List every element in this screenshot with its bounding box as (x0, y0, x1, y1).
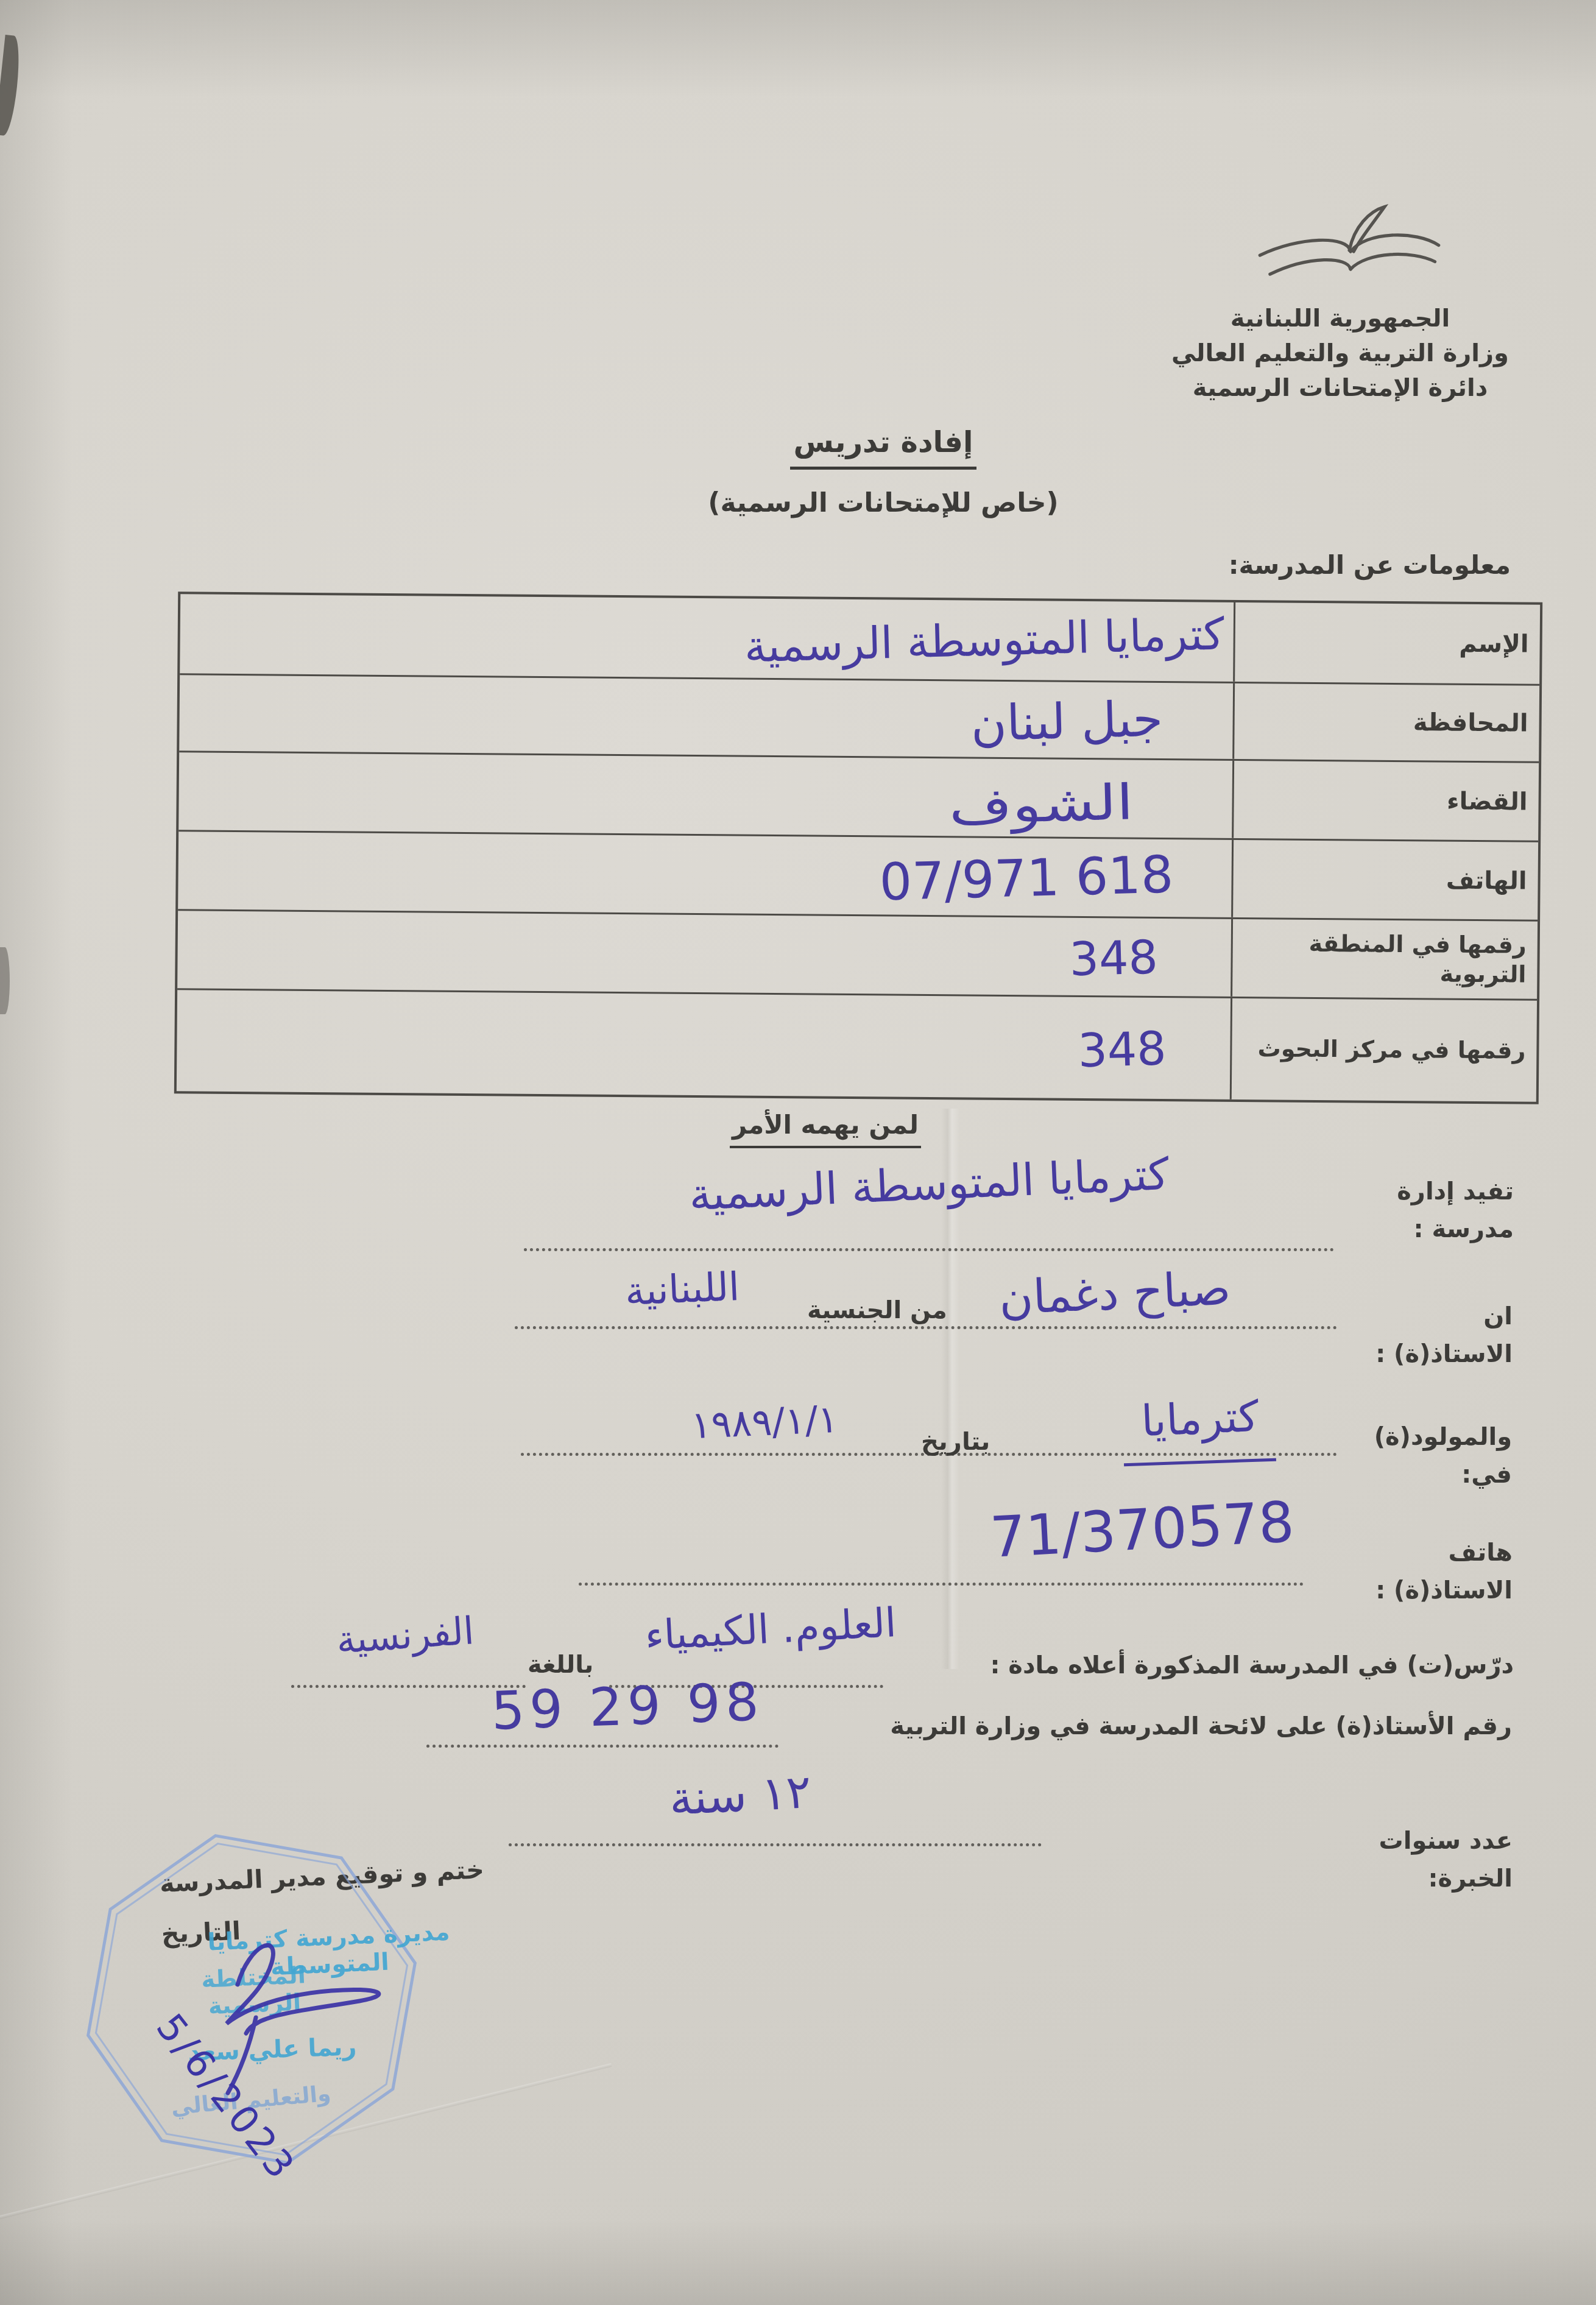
line3-date-label: بتاريخ (921, 1428, 990, 1456)
ministry-header: الجمهورية اللبنانية وزارة التربية والتعل… (1157, 302, 1523, 406)
line3-label: والمولود(ة) في: (1378, 1418, 1512, 1494)
table-row: الإسم كترمايا المتوسطة الرسمية (180, 594, 1540, 684)
row-label-phone: الهاتف (1231, 840, 1538, 920)
to-whom-heading: لمن يهمه الأمر (730, 1110, 921, 1148)
row-label-name: الإسم (1233, 602, 1540, 684)
line7-dotted-line (509, 1843, 1042, 1846)
header-republic: الجمهورية اللبنانية (1157, 302, 1523, 336)
line1-dotted-line (524, 1248, 1334, 1251)
row-value-governorate: جبل لبنان (179, 675, 1233, 759)
row-label-zone-number: رقمها في المنطقة التربوية (1231, 919, 1538, 999)
row-label-district: القضاء (1232, 761, 1539, 841)
line6-dotted-line (426, 1745, 779, 1748)
document-title: إفادة تدريس (790, 425, 977, 470)
school-info-heading: معلومات عن المدرسة: (1229, 550, 1511, 580)
row-value-district: الشوف (178, 752, 1232, 838)
line2-label: ان الاستاذ(ة) : (1369, 1297, 1513, 1373)
line4-label: هاتف الاستاذ(ة) : (1369, 1534, 1513, 1609)
row-value-research-number: 348 (177, 990, 1231, 1100)
document-subtitle: (خاص للإمتحانات الرسمية) (658, 487, 1109, 518)
photo-shadow-top (0, 0, 1596, 97)
row-value-phone: 07/971 618 (178, 831, 1232, 917)
table-row: رقمها في مركز البحوث 348 (177, 988, 1537, 1102)
line5-language-label: باللغة (528, 1651, 593, 1679)
table-row: الهاتف 07/971 618 (178, 830, 1538, 920)
line6-registration-number-handwriting: 98 29 59 (453, 1670, 802, 1743)
table-row: المحافظة جبل لبنان (179, 673, 1539, 761)
line7-label: عدد سنوات الخبرة: (1339, 1822, 1513, 1897)
line1-label: تفيد إدارة مدرسة : (1368, 1173, 1514, 1248)
row-label-governorate: المحافظة (1232, 683, 1539, 761)
school-info-table: الإسم كترمايا المتوسطة الرسمية المحافظة … (174, 591, 1542, 1104)
line4-dotted-line (579, 1583, 1304, 1586)
row-value-zone-number: 348 (177, 911, 1231, 997)
line5-label: درّس(ت) في المدرسة المذكورة أعلاه مادة : (883, 1647, 1514, 1684)
row-value-name: كترمايا المتوسطة الرسمية (180, 594, 1234, 682)
scanned-teaching-certificate-photo: { "colors":{"ink_blue":"#463b9f","stamp_… (0, 0, 1596, 2305)
table-row: رقمها في المنطقة التربوية 348 (177, 909, 1538, 999)
line2-nationality-label: من الجنسية (807, 1296, 947, 1324)
binder-mark-left (0, 947, 10, 1014)
photo-shadow-bottom (0, 2220, 1596, 2305)
table-row: القضاء الشوف (178, 750, 1539, 841)
line6-label: رقم الأستاذ(ة) على لائحة المدرسة في وزار… (786, 1707, 1512, 1745)
header-ministry: وزارة التربية والتعليم العالي (1157, 336, 1523, 371)
letter-heading-wrap: لمن يهمه الأمر (710, 1110, 941, 1148)
photo-shadow-left (0, 0, 73, 2305)
title-wrap: إفادة تدريس (701, 425, 1066, 470)
header-department: دائرة الإمتحانات الرسمية (1157, 371, 1523, 406)
row-label-research-number: رقمها في مركز البحوث (1230, 998, 1537, 1102)
open-book-logo-icon (1255, 204, 1444, 300)
